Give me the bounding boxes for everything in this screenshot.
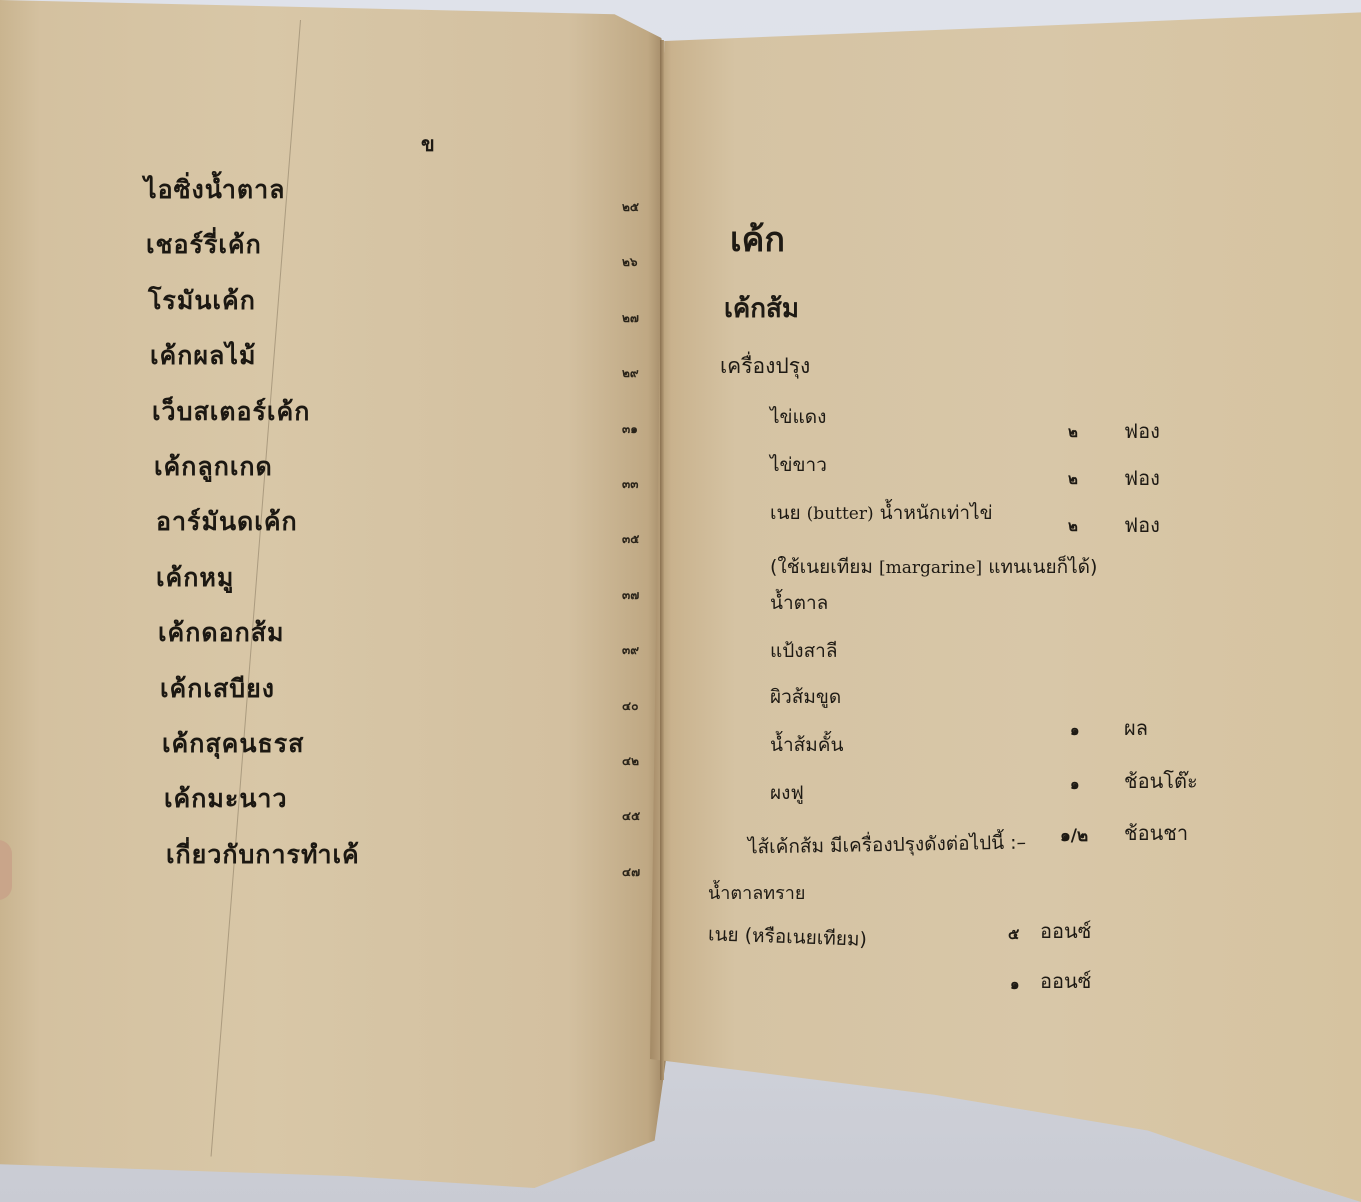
toc-title: เค้กดอกส้ม <box>158 613 285 653</box>
chapter-heading: เค้ก <box>730 212 785 266</box>
toc-page-number: ๓๕ <box>622 530 639 549</box>
note-english: [margarine] <box>879 558 982 578</box>
toc-title: อาร์มันดเค้ก <box>156 502 298 542</box>
toc-title: เว็บสเตอร์เค้ก <box>152 392 310 432</box>
toc-page-number: ๔๐ <box>622 697 638 716</box>
toc-entry: เค้กผลไม้ ๒๙ <box>140 336 660 391</box>
toc-page-number: ๓๙ <box>622 641 639 660</box>
toc-entry: เค้กหมู ๓๗ <box>140 558 660 613</box>
toc-title: เค้กมะนาว <box>164 779 287 819</box>
toc-title: เค้กหมู <box>156 558 234 598</box>
ingredient-name: ผิวส้มขูด <box>770 682 841 712</box>
ingredient-name: ผงฟู <box>770 778 804 808</box>
toc-entry: เค้กสุคนธรส ๔๒ <box>140 724 660 779</box>
ingredients-label: เครื่องปรุง <box>720 350 810 383</box>
ingredient-unit: ฟอง <box>1124 509 1160 541</box>
toc-entry: เค้กดอกส้ม ๓๙ <box>140 613 660 668</box>
filling-unit: ออนซ์ <box>1040 915 1091 947</box>
toc-title: ไอซิ่งน้ำตาล <box>144 170 285 210</box>
ingredient-unit: ผล <box>1124 712 1148 744</box>
ingredient-name: น้ำตาล <box>770 588 828 618</box>
substitution-note: (ใช้เนยเทียม [margarine] แทนเนยก็ได้) <box>770 552 1097 582</box>
toc-page-number: ๔๗ <box>622 863 640 882</box>
toc-page-number: ๔๒ <box>622 752 639 771</box>
page-marker: ข <box>421 128 435 160</box>
toc-page-number: ๒๖ <box>622 253 638 272</box>
toc-entry: เว็บสเตอร์เค้ก ๓๑ <box>140 392 660 447</box>
toc-entry: เค้กมะนาว ๔๕ <box>140 779 660 834</box>
ingredient-qty: ๒ <box>1068 467 1078 491</box>
ingredient-row: เนย (butter) น้ำหนักเท่าไข่ <box>770 498 993 528</box>
note-text: แทนเนยก็ได้) <box>988 556 1097 578</box>
filling-unit: ออนซ์ <box>1040 965 1091 997</box>
ingredient-name: ไข่ขาว <box>770 450 827 480</box>
filling-qty: ๕ <box>1008 922 1019 946</box>
toc-entry: เชอร์รี่เค้ก ๒๖ <box>140 225 660 280</box>
ingredient-name: แป้งสาลี <box>770 636 838 666</box>
ingredient-qty: ๒ <box>1068 514 1078 538</box>
toc-page-number: ๔๕ <box>622 807 640 826</box>
filling-intro: ไส้เค้กส้ม มีเครื่องปรุงดังต่อไปนี้ :– <box>748 828 1027 863</box>
toc-title: เค้กลูกเกด <box>154 447 273 487</box>
table-of-contents: ไอซิ่งน้ำตาล ๒๕ เชอร์รี่เค้ก ๒๖ โรมันเค้… <box>140 170 660 890</box>
toc-entry: เค้กเสบียง ๔๐ <box>140 669 660 724</box>
holding-thumb <box>0 840 12 900</box>
toc-title: โรมันเค้ก <box>148 281 256 321</box>
ingredient-name: ไข่แดง <box>770 402 826 432</box>
toc-page-number: ๓๓ <box>622 475 638 494</box>
toc-title: เชอร์รี่เค้ก <box>146 225 262 265</box>
right-page <box>650 10 1361 1202</box>
toc-title: เค้กสุคนธรส <box>162 724 304 764</box>
ingredient-name-english: (butter) <box>807 504 874 524</box>
book-gutter <box>660 40 664 1080</box>
ingredient-name: เนย <box>770 502 801 524</box>
filling-qty: ๑ <box>1010 972 1020 996</box>
toc-entry: ไอซิ่งน้ำตาล ๒๕ <box>140 170 660 225</box>
toc-page-number: ๒๙ <box>622 364 639 383</box>
filling-name: น้ำตาลทราย <box>708 878 805 907</box>
note-text: (ใช้เนยเทียม <box>770 556 873 578</box>
ingredient-unit: ช้อนโต๊ะ <box>1124 765 1198 797</box>
toc-page-number: ๓๑ <box>622 420 638 439</box>
ingredient-qty: ๑ <box>1070 772 1080 796</box>
ingredient-name: น้ำส้มคั้น <box>770 730 843 760</box>
toc-page-number: ๒๗ <box>622 309 639 328</box>
ingredient-unit: ฟอง <box>1124 415 1160 447</box>
toc-entry: โรมันเค้ก ๒๗ <box>140 281 660 336</box>
toc-entry: อาร์มันดเค้ก ๓๕ <box>140 502 660 557</box>
ingredient-unit: ฟอง <box>1124 462 1160 494</box>
ingredient-note: น้ำหนักเท่าไข่ <box>880 502 993 524</box>
toc-page-number: ๒๕ <box>622 198 639 217</box>
toc-entry: เค้กลูกเกด ๓๓ <box>140 447 660 502</box>
toc-title: เค้กผลไม้ <box>150 336 256 376</box>
toc-page-number: ๓๗ <box>622 586 639 605</box>
ingredient-qty: ๒ <box>1068 420 1078 444</box>
toc-title: เกี่ยวกับการทำเค้ <box>166 835 360 875</box>
filling-name: เนย (หรือเนยเทียม) <box>708 919 868 955</box>
ingredient-qty: ๑ <box>1070 718 1080 742</box>
ingredient-unit: ช้อนชา <box>1124 817 1188 849</box>
recipe-title: เค้กส้ม <box>724 288 799 329</box>
toc-title: เค้กเสบียง <box>160 669 275 709</box>
ingredient-qty: ๑/๒ <box>1060 822 1088 849</box>
toc-entry: เกี่ยวกับการทำเค้ ๔๗ <box>140 835 660 890</box>
